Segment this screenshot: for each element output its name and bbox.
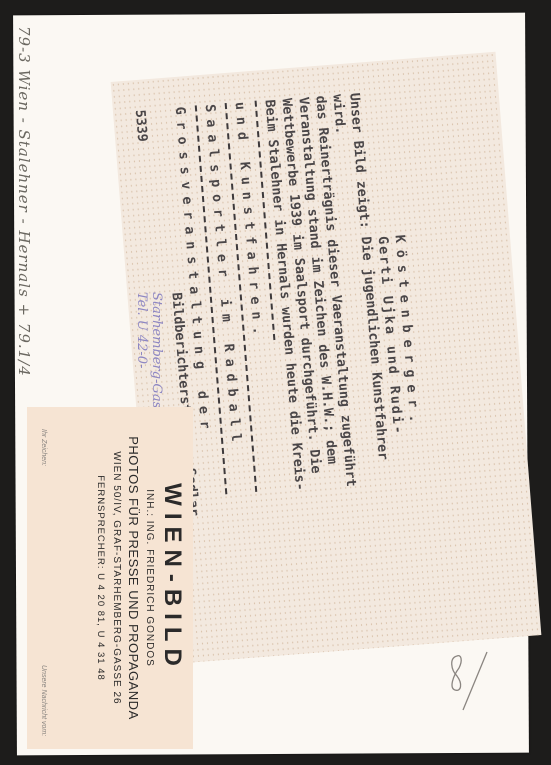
agency-address: WIEN 50/IV, GRAF-STARHEMBERG-GASSE 26 [111,407,122,749]
agency-brand: WIEN-BILD [158,407,186,749]
agency-owner: INH.: ING. FRIEDRICH GONDOS [144,407,155,749]
reference-note: Unsere Nachricht vom: [40,665,47,736]
handwritten-note: 79-3 Wien - Stalehner - Hernals + 79.1/4 [15,26,33,356]
headline-3: und Kunstfahren. [232,101,266,342]
body-line: wird. [329,94,347,135]
agency-label: WIEN-BILD INH.: ING. FRIEDRICH GONDOS PH… [27,407,193,749]
slip-number: 5339 [132,109,149,142]
agency-slogan: PHOTOS FÜR PRESSE UND PROPAGANDA [126,407,141,749]
agency-phone: FERNSPRECHER: U 4 20 81, U 4 31 48 [95,407,106,749]
pencil-mark: 8/ [445,648,505,718]
reference-note: Ihr Zeichen: [40,429,47,466]
address-stamp: Starhemberg-Gasse Tel. U 42-0- [134,292,164,423]
